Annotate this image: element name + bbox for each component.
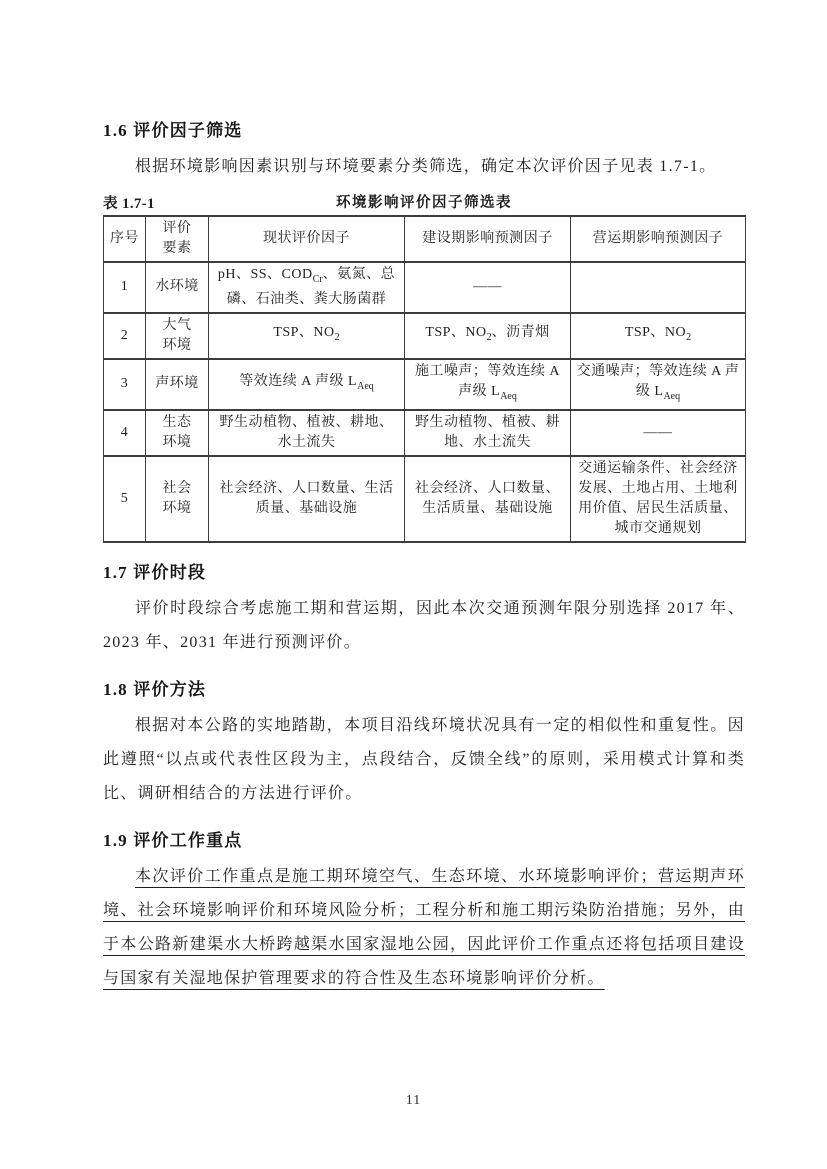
page-number: 11 [0, 1093, 827, 1109]
heading-1-9: 1.9 评价工作重点 [103, 826, 745, 851]
cell-current: pH、SS、CODCr、氨氮、总磷、石油类、粪大肠菌群 [209, 262, 405, 313]
cell-operation: 交通噪声；等效连续 A 声级 LAeq [571, 359, 746, 410]
table-row: 5 社会环境 社会经济、人口数量、生活质量、基础设施 社会经济、人口数量、生活质… [104, 456, 746, 542]
cell-construction: 施工噪声；等效连续 A 声级 LAeq [405, 359, 571, 410]
cell-operation [571, 262, 746, 313]
cell-construction: —— [405, 262, 571, 313]
cell-no: 4 [104, 410, 146, 456]
cell-construction: 社会经济、人口数量、生活质量、基础设施 [405, 456, 571, 542]
cell-current: 等效连续 A 声级 LAeq [209, 359, 405, 410]
factor-screening-table: 序号 评价要素 现状评价因子 建设期影响预测因子 营运期影响预测因子 1 水环境… [103, 215, 746, 543]
heading-1-8: 1.8 评价方法 [103, 675, 745, 700]
cell-element: 生态环境 [146, 410, 209, 456]
header-cell-operation: 营运期影响预测因子 [571, 216, 746, 262]
paragraph-1-7: 评价时段综合考虑施工期和营运期，因此本次交通预测年限分别选择 2017 年、20… [103, 592, 745, 660]
table-caption-label: 表 1.7-1 [103, 192, 155, 213]
table-row: 1 水环境 pH、SS、CODCr、氨氮、总磷、石油类、粪大肠菌群 —— [104, 262, 746, 313]
header-cell-current: 现状评价因子 [209, 216, 405, 262]
cell-no: 1 [104, 262, 146, 313]
heading-1-6: 1.6 评价因子筛选 [103, 116, 745, 141]
cell-element: 大气环境 [146, 313, 209, 359]
cell-no: 2 [104, 313, 146, 359]
cell-no: 3 [104, 359, 146, 410]
table-row: 3 声环境 等效连续 A 声级 LAeq 施工噪声；等效连续 A 声级 LAeq… [104, 359, 746, 410]
table-header-row: 序号 评价要素 现状评价因子 建设期影响预测因子 营运期影响预测因子 [104, 216, 746, 262]
cell-element: 水环境 [146, 262, 209, 313]
cell-no: 5 [104, 456, 146, 542]
table-caption-title: 环境影响评价因子筛选表 [103, 191, 745, 212]
cell-current: 社会经济、人口数量、生活质量、基础设施 [209, 456, 405, 542]
table-caption: 表 1.7-1 环境影响评价因子筛选表 [103, 191, 745, 213]
cell-element: 声环境 [146, 359, 209, 410]
heading-1-7: 1.7 评价时段 [103, 558, 745, 583]
cell-operation: 交通运输条件、社会经济发展、土地占用、土地利用价值、居民生活质量、城市交通规划 [571, 456, 746, 542]
paragraph-1-9: 本次评价工作重点是施工期环境空气、生态环境、水环境影响评价；营运期声环境、社会环… [103, 860, 745, 996]
document-page: 1.6 评价因子筛选 根据环境影响因素识别与环境要素分类筛选，确定本次评价因子见… [0, 0, 827, 1169]
header-cell-no: 序号 [104, 216, 146, 262]
cell-operation: TSP、NO2 [571, 313, 746, 359]
cell-current: 野生动植物、植被、耕地、水土流失 [209, 410, 405, 456]
table-row: 2 大气环境 TSP、NO2 TSP、NO2、沥青烟 TSP、NO2 [104, 313, 746, 359]
table-row: 4 生态环境 野生动植物、植被、耕地、水土流失 野生动植物、植被、耕地、水土流失… [104, 410, 746, 456]
cell-construction: TSP、NO2、沥青烟 [405, 313, 571, 359]
cell-element: 社会环境 [146, 456, 209, 542]
header-cell-construction: 建设期影响预测因子 [405, 216, 571, 262]
cell-operation: —— [571, 410, 746, 456]
paragraph-1-8: 根据对本公路的实地踏勘，本项目沿线环境状况具有一定的相似性和重复性。因此遵照“以… [103, 709, 745, 811]
paragraph-1-6: 根据环境影响因素识别与环境要素分类筛选，确定本次评价因子见表 1.7-1。 [103, 150, 745, 184]
cell-construction: 野生动植物、植被、耕地、水土流失 [405, 410, 571, 456]
header-cell-element: 评价要素 [146, 216, 209, 262]
cell-current: TSP、NO2 [209, 313, 405, 359]
